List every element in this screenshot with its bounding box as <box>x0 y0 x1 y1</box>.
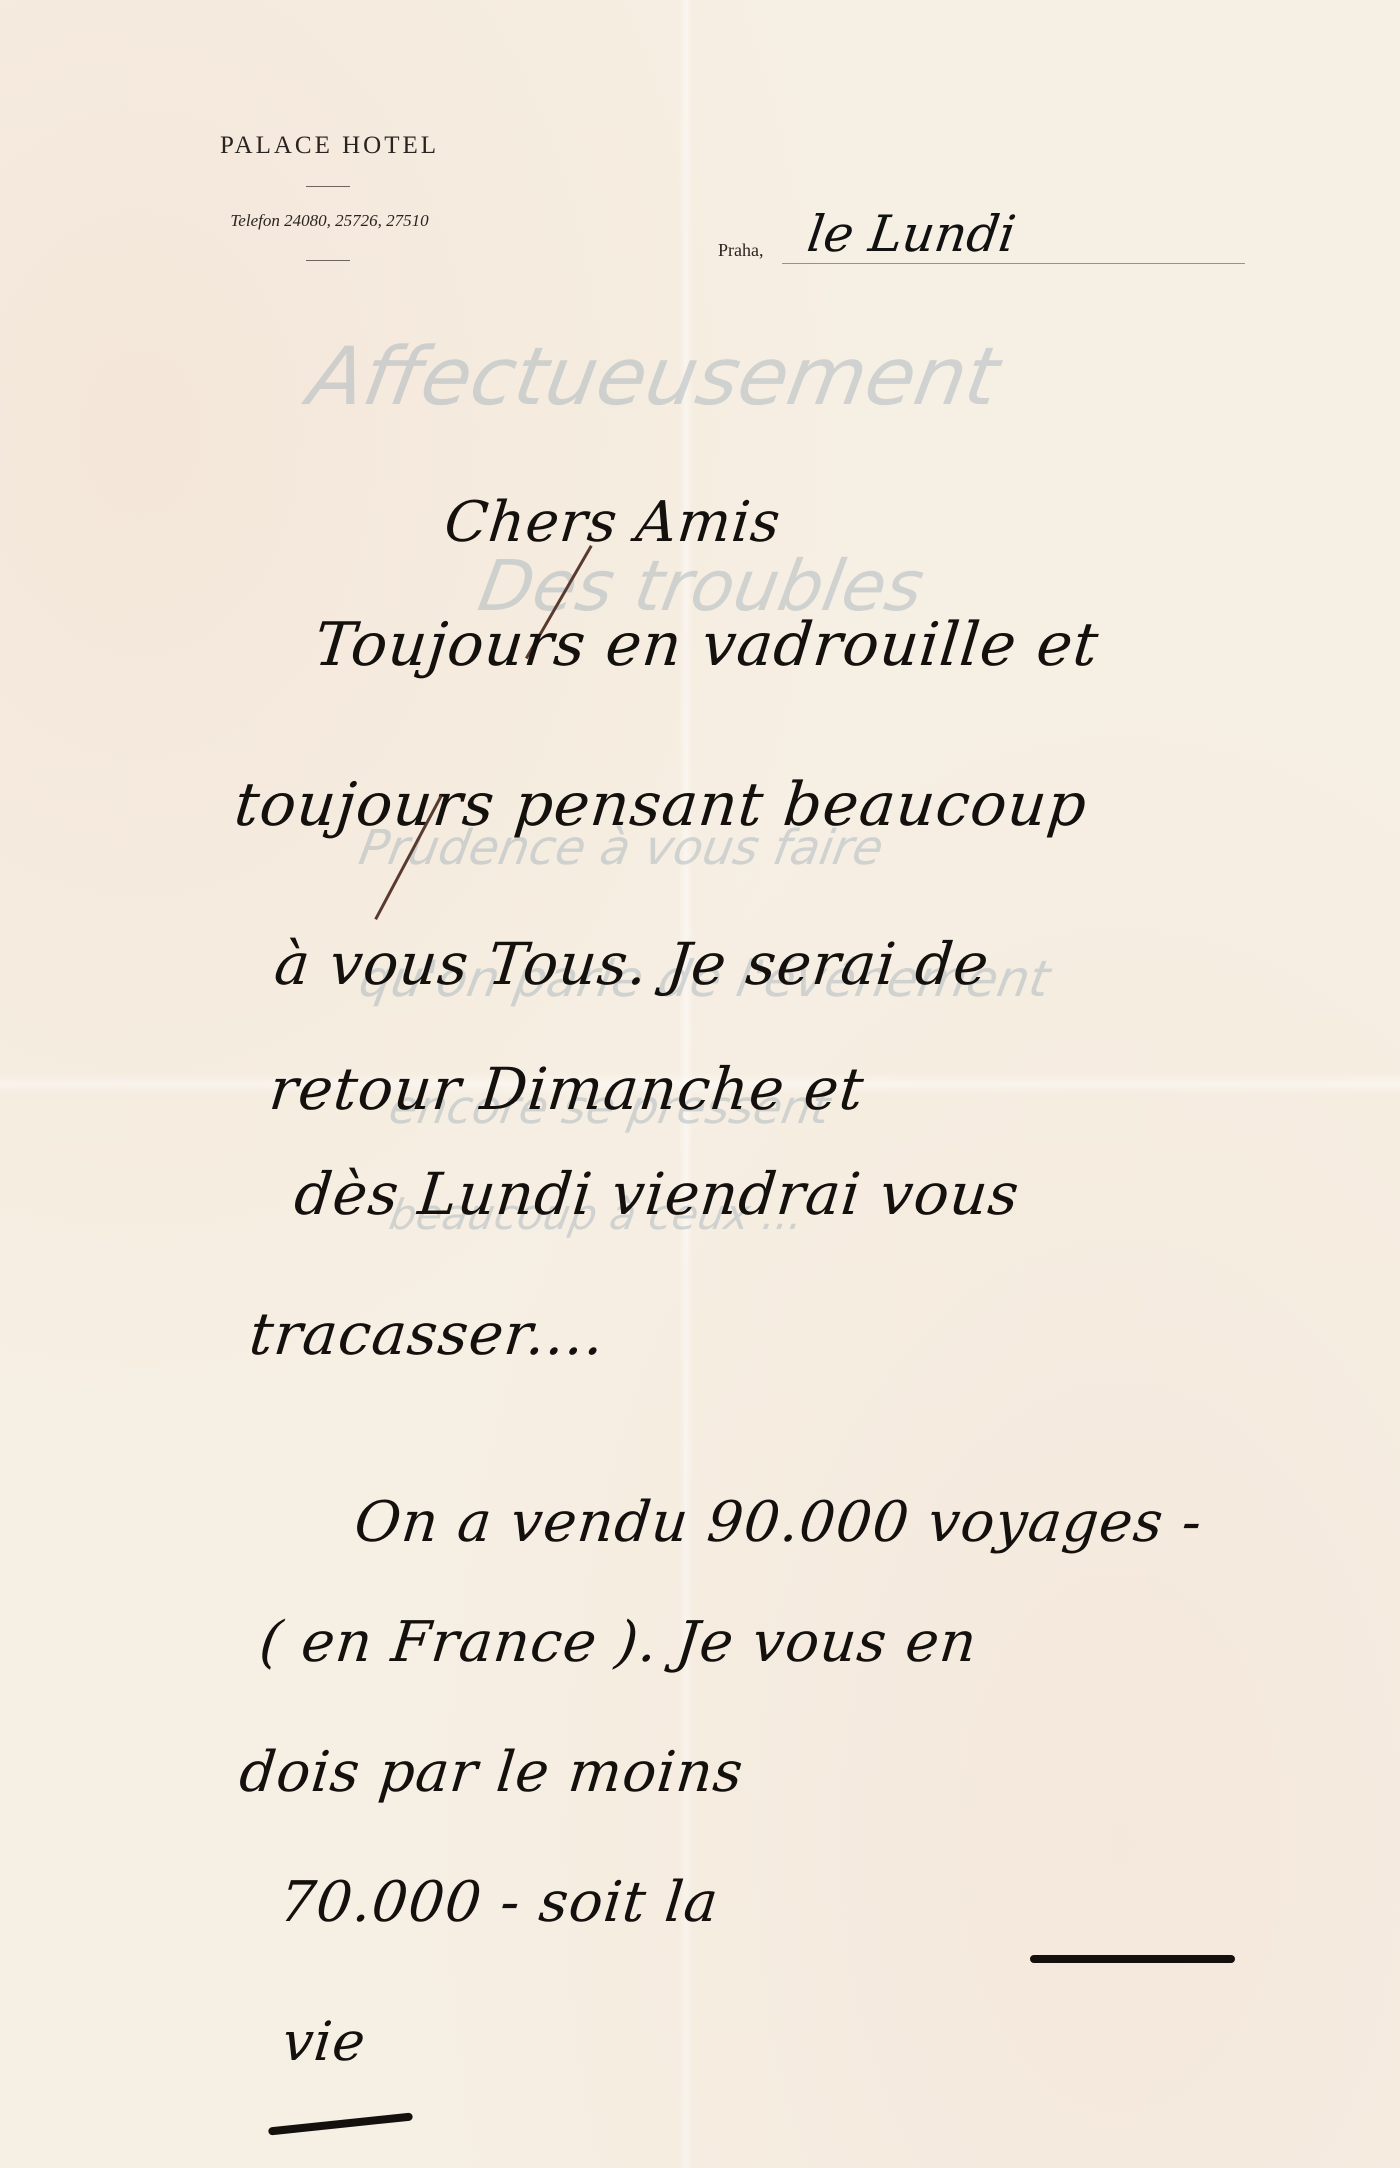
letter-line: dès Lundi viendrai vous <box>291 1160 1022 1228</box>
letter-line: à vous Tous. Je serai de <box>271 930 992 998</box>
letter-line: ( en France ). Je vous en <box>257 1610 981 1675</box>
letterhead-divider-bottom <box>306 260 350 261</box>
letter-line: toujours pensant beaucoup <box>231 770 1090 840</box>
letterhead-divider-top <box>306 186 350 187</box>
date-line <box>782 263 1245 264</box>
letter-line: On a vendu 90.000 voyages - <box>352 1490 1206 1555</box>
letter-line: 70.000 - soit la <box>277 1870 722 1935</box>
pencil-note: Affectueusement <box>302 330 1006 423</box>
city-label: Praha, <box>718 240 763 261</box>
underline-stroke <box>1030 1955 1235 1963</box>
letter-line: Toujours en vadrouille et <box>311 610 1102 680</box>
handwritten-date: le Lundi <box>804 205 1019 263</box>
letter-line: retour Dimanche et <box>266 1055 867 1123</box>
letter-line: vie <box>280 2010 369 2073</box>
letter-line: dois par le moins <box>237 1740 747 1805</box>
hotel-name: PALACE HOTEL <box>132 132 527 160</box>
letter-line: tracasser.... <box>246 1300 608 1368</box>
hotel-phone-numbers: Telefon 24080, 25726, 27510 <box>132 211 527 231</box>
underline-stroke <box>268 2112 413 2135</box>
salutation: Chers Amis <box>442 490 784 555</box>
